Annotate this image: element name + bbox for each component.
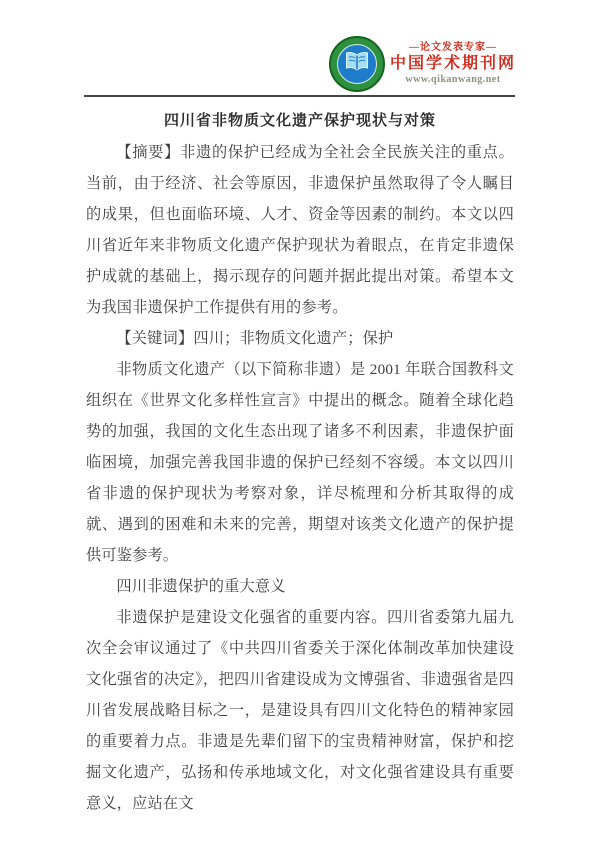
logo-site-name: 中国学术期刊网: [390, 54, 516, 74]
logo-tagline: —论文发表专家—: [409, 42, 497, 55]
qikanwang-logo: —论文发表专家— 中国学术期刊网 www.qikanwang.net: [329, 36, 516, 92]
page-title: 四川省非物质文化遗产保护现状与对策: [86, 109, 514, 130]
section-paragraph: 非遗保护是建设文化强省的重要内容。四川省委第九届九次全会审议通过了《中共四川省委…: [86, 602, 514, 819]
scanned-paper-page: —论文发表专家— 中国学术期刊网 www.qikanwang.net 四川省非物…: [0, 0, 600, 848]
page-header: —论文发表专家— 中国学术期刊网 www.qikanwang.net: [0, 0, 600, 97]
logo-emblem: [329, 36, 385, 92]
abstract-paragraph: 【摘要】非遗的保护已经成为全社会全民族关注的重点。当前，由于经济、社会等原因，非…: [86, 137, 514, 323]
keywords-paragraph: 【关键词】四川；非物质文化遗产；保护: [86, 323, 514, 354]
section-heading: 四川非遗保护的重大意义: [86, 571, 514, 602]
open-book-icon: [343, 51, 371, 78]
document-body: 四川省非物质文化遗产保护现状与对策 【摘要】非遗的保护已经成为全社会全民族关注的…: [0, 109, 600, 819]
logo-site-url: www.qikanwang.net: [405, 74, 500, 87]
intro-paragraph: 非物质文化遗产（以下简称非遗）是 2001 年联合国教科文组织在《世界文化多样性…: [86, 354, 514, 571]
header-divider: [84, 95, 515, 97]
logo-text-block: —论文发表专家— 中国学术期刊网 www.qikanwang.net: [390, 42, 516, 87]
logo-emblem-disc: [337, 44, 377, 84]
